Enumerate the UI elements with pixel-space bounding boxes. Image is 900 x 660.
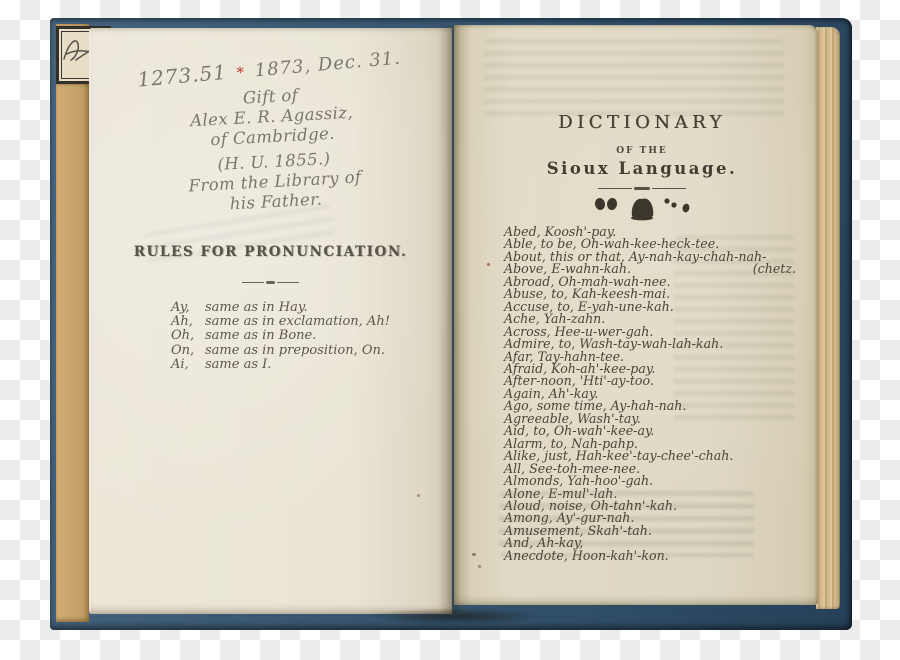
entry-continuation: (chetz. <box>753 263 796 275</box>
section-divider <box>89 281 452 284</box>
rule-key: On, <box>171 344 205 358</box>
inscription-lines: Gift ofAlex E. R. Agassiz,of Cambridge.(… <box>95 78 452 221</box>
inscription-date: 1873, Dec. 31. <box>254 48 402 82</box>
stain-speck <box>472 553 476 556</box>
title-rule <box>466 187 818 190</box>
rule-key: Ah, <box>171 315 205 329</box>
dictionary-entries: Abed, Koosh'-pay. Able, to be, Oh-wah-ke… <box>504 226 796 562</box>
rule-description: same as in Bone. <box>205 329 316 343</box>
gift-asterisk-icon: * <box>233 63 249 82</box>
pronunciation-rule-row: Ah, same as in exclamation, Ah! <box>171 315 432 329</box>
rule-key: Ay, <box>171 301 205 315</box>
dictionary-of-the: OF THE <box>466 146 818 156</box>
dictionary-entry: Anecdote, Hoon-kah'-kon. <box>504 550 796 562</box>
dictionary-title: DICTIONARY <box>466 112 818 133</box>
call-number: 1273.51 <box>136 60 227 92</box>
open-book: 1273.51 * 1873, Dec. 31. Gift ofAlex E. … <box>50 18 852 630</box>
left-page: 1273.51 * 1873, Dec. 31. Gift ofAlex E. … <box>89 28 452 614</box>
spine-bottom-shadow <box>365 608 545 625</box>
pronunciation-rule-row: Ay, same as in Hay. <box>171 301 432 315</box>
pronunciation-rule-row: Ai, same as I. <box>171 358 432 372</box>
rule-description: same as in preposition, On. <box>205 344 385 358</box>
dictionary-subtitle: Sioux Language. <box>466 159 818 178</box>
stain-speck <box>417 494 420 497</box>
rule-key: Oh, <box>171 329 205 343</box>
pronunciation-rule-row: Oh, same as in Bone. <box>171 329 432 343</box>
stain-speck <box>487 263 490 266</box>
printer-ornament-icon <box>466 193 818 223</box>
rule-description: same as in Hay. <box>205 301 308 315</box>
pronunciation-rule-row: On, same as in preposition, On. <box>171 344 432 358</box>
pronunciation-rules: Ay, same as in Hay. Ah, same as in excla… <box>171 301 432 372</box>
entry-text: Anecdote, Hoon-kah'-kon. <box>504 548 669 563</box>
inner-cover-edge <box>56 24 89 622</box>
rule-key: Ai, <box>171 358 205 372</box>
page-edges <box>816 27 840 609</box>
right-page: DICTIONARY OF THE Sioux Language. <box>454 25 818 605</box>
rule-description: same as in exclamation, Ah! <box>205 315 390 329</box>
handwritten-inscription: 1273.51 * 1873, Dec. 31. Gift ofAlex E. … <box>93 47 452 221</box>
rule-description: same as I. <box>205 358 271 372</box>
right-page-content: DICTIONARY OF THE Sioux Language. <box>454 25 818 605</box>
stain-speck <box>478 565 481 568</box>
rules-heading: RULES FOR PRONUNCIATION. <box>89 244 452 260</box>
